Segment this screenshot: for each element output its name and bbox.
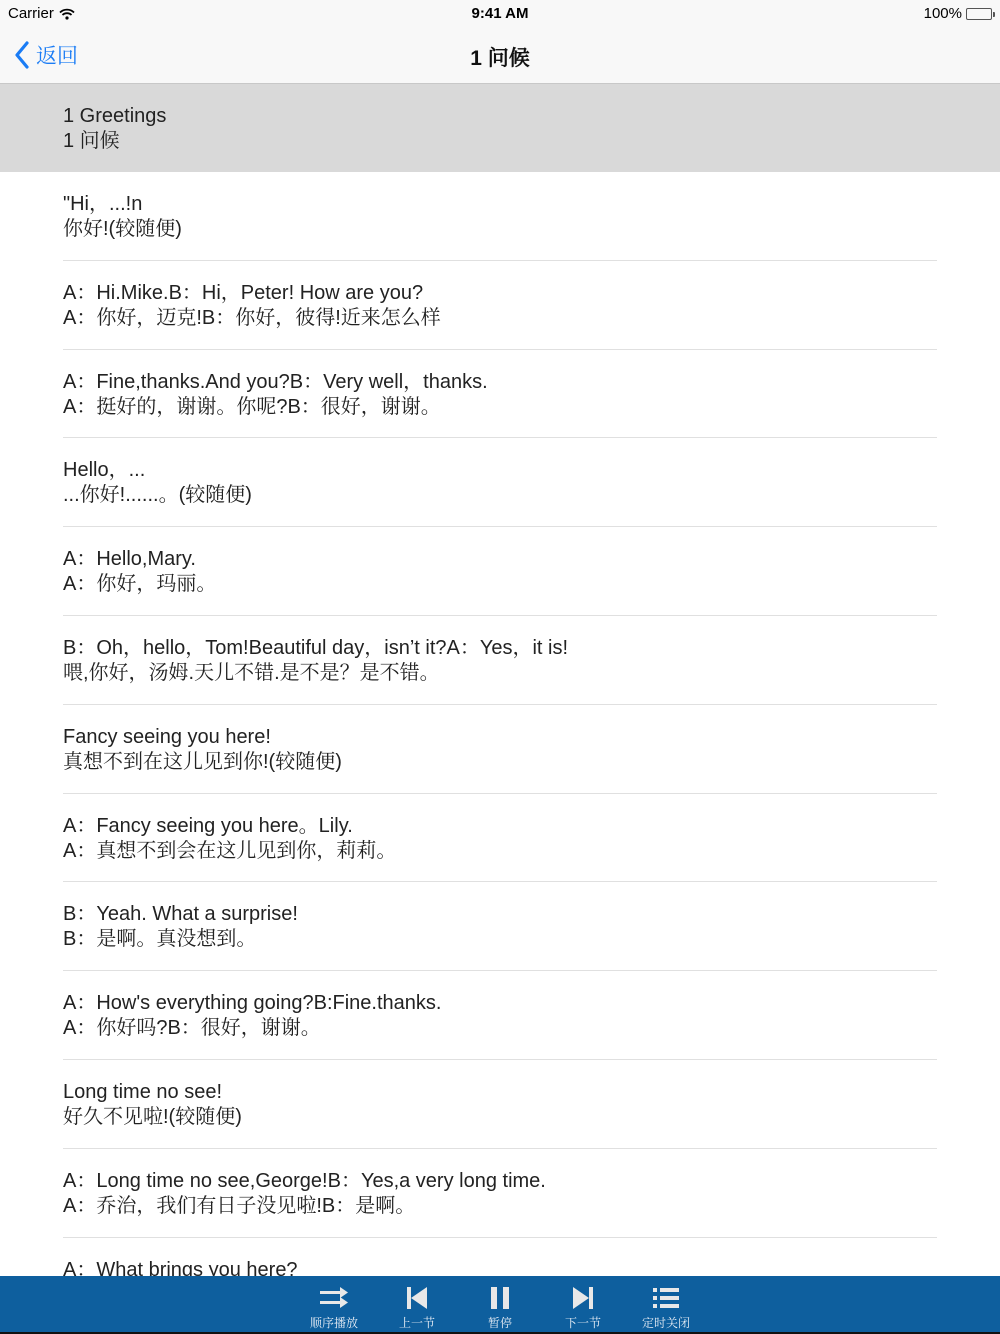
phrase-en: B：Oh，hello，Tom!Beautiful day，isn’t it?A：… [63,636,937,661]
battery-indicator: 100% [924,5,992,22]
clock: 9:41 AM [0,5,1000,22]
status-bar: Carrier 9:41 AM 100% [0,0,1000,28]
section-title-en: 1 Greetings [63,104,1000,129]
section-title-zh: 1 问候 [63,129,1000,154]
phrase-zh: A：你好，玛丽。 [63,572,937,597]
phrase-zh: 真想不到在这儿见到你!(较随便) [63,750,937,775]
sequential-play-icon [317,1284,351,1312]
phrase-zh: 你好!(较随便) [63,217,937,242]
phrase-zh: 好久不见啦!(较随便) [63,1105,937,1130]
navigation-bar: 返回 1 问候 [0,28,1000,84]
previous-icon [400,1284,434,1312]
phrase-en: "Hi，...!n [63,192,937,217]
list-item[interactable]: A：Hello,Mary.A：你好，玛丽。 [63,527,937,616]
section-header: 1 Greetings 1 问候 [0,84,1000,172]
list-item[interactable]: Hello，......你好!......。(较随便) [63,438,937,527]
phrase-en: A：Long time no see,George!B：Yes,a very l… [63,1169,937,1194]
phrase-zh: 喂,你好，汤姆.天儿不错.是不是？是不错。 [63,661,937,686]
battery-percent: 100% [924,5,962,22]
sequential-play-button[interactable]: 顺序播放 [293,1276,376,1332]
phrase-en: Hello，... [63,458,937,483]
phrase-en: A：How's everything going?B:Fine.thanks. [63,991,937,1016]
page-title: 1 问候 [0,42,1000,72]
list-item[interactable]: "Hi，...!n你好!(较随便) [63,172,937,261]
list-item[interactable]: A：Hi.Mike.B：Hi，Peter! How are you?A：你好，迈… [63,261,937,350]
pause-icon [483,1284,517,1312]
phrase-list[interactable]: "Hi，...!n你好!(较随便) A：Hi.Mike.B：Hi，Peter! … [0,172,1000,1276]
phrase-zh: A：真想不到会在这儿见到你，莉莉。 [63,839,937,864]
list-item[interactable]: A：What brings you here? [63,1238,937,1276]
sequential-play-label: 顺序播放 [310,1314,358,1331]
phrase-en: B：Yeah. What a surprise! [63,902,937,927]
pause-label: 暂停 [488,1314,512,1331]
phrase-zh: A：你好吗?B：很好，谢谢。 [63,1016,937,1041]
list-item[interactable]: A：How's everything going?B:Fine.thanks.A… [63,971,937,1060]
list-item[interactable]: A：Fancy seeing you here。Lily.A：真想不到会在这儿见… [63,794,937,883]
phrase-en: A：Hello,Mary. [63,547,937,572]
phrase-en: Fancy seeing you here! [63,725,937,750]
battery-icon [966,8,992,20]
phrase-zh: ...你好!......。(较随便) [63,483,937,508]
phrase-zh: A：你好，迈克!B：你好，彼得!近来怎么样 [63,306,937,331]
pause-button[interactable]: 暂停 [459,1276,542,1332]
sleep-timer-label: 定时关闭 [642,1314,690,1331]
list-item[interactable]: A：Long time no see,George!B：Yes,a very l… [63,1149,937,1238]
list-item[interactable]: B：Oh，hello，Tom!Beautiful day，isn’t it?A：… [63,616,937,705]
phrase-en: Long time no see! [63,1080,937,1105]
list-item[interactable]: Fancy seeing you here!真想不到在这儿见到你!(较随便) [63,705,937,794]
phrase-zh: A：挺好的，谢谢。你呢?B：很好，谢谢。 [63,395,937,420]
player-toolbar: 顺序播放 上一节 暂停 下一节 定时关闭 [0,1276,1000,1334]
previous-section-button[interactable]: 上一节 [376,1276,459,1332]
phrase-en: A：What brings you here? [63,1258,937,1276]
phrase-en: A：Fancy seeing you here。Lily. [63,814,937,839]
phrase-en: A：Fine,thanks.And you?B：Very well，thanks… [63,370,937,395]
timer-list-icon [649,1284,683,1312]
previous-section-label: 上一节 [399,1314,435,1331]
phrase-zh: B：是啊。真没想到。 [63,927,937,952]
phrase-zh: A：乔治，我们有日子没见啦!B：是啊。 [63,1194,937,1219]
list-item[interactable]: Long time no see!好久不见啦!(较随便) [63,1060,937,1149]
next-section-label: 下一节 [565,1314,601,1331]
next-icon [566,1284,600,1312]
list-item[interactable]: B：Yeah. What a surprise!B：是啊。真没想到。 [63,882,937,971]
phrase-en: A：Hi.Mike.B：Hi，Peter! How are you? [63,281,937,306]
next-section-button[interactable]: 下一节 [542,1276,625,1332]
sleep-timer-button[interactable]: 定时关闭 [625,1276,708,1332]
list-item[interactable]: A：Fine,thanks.And you?B：Very well，thanks… [63,350,937,439]
